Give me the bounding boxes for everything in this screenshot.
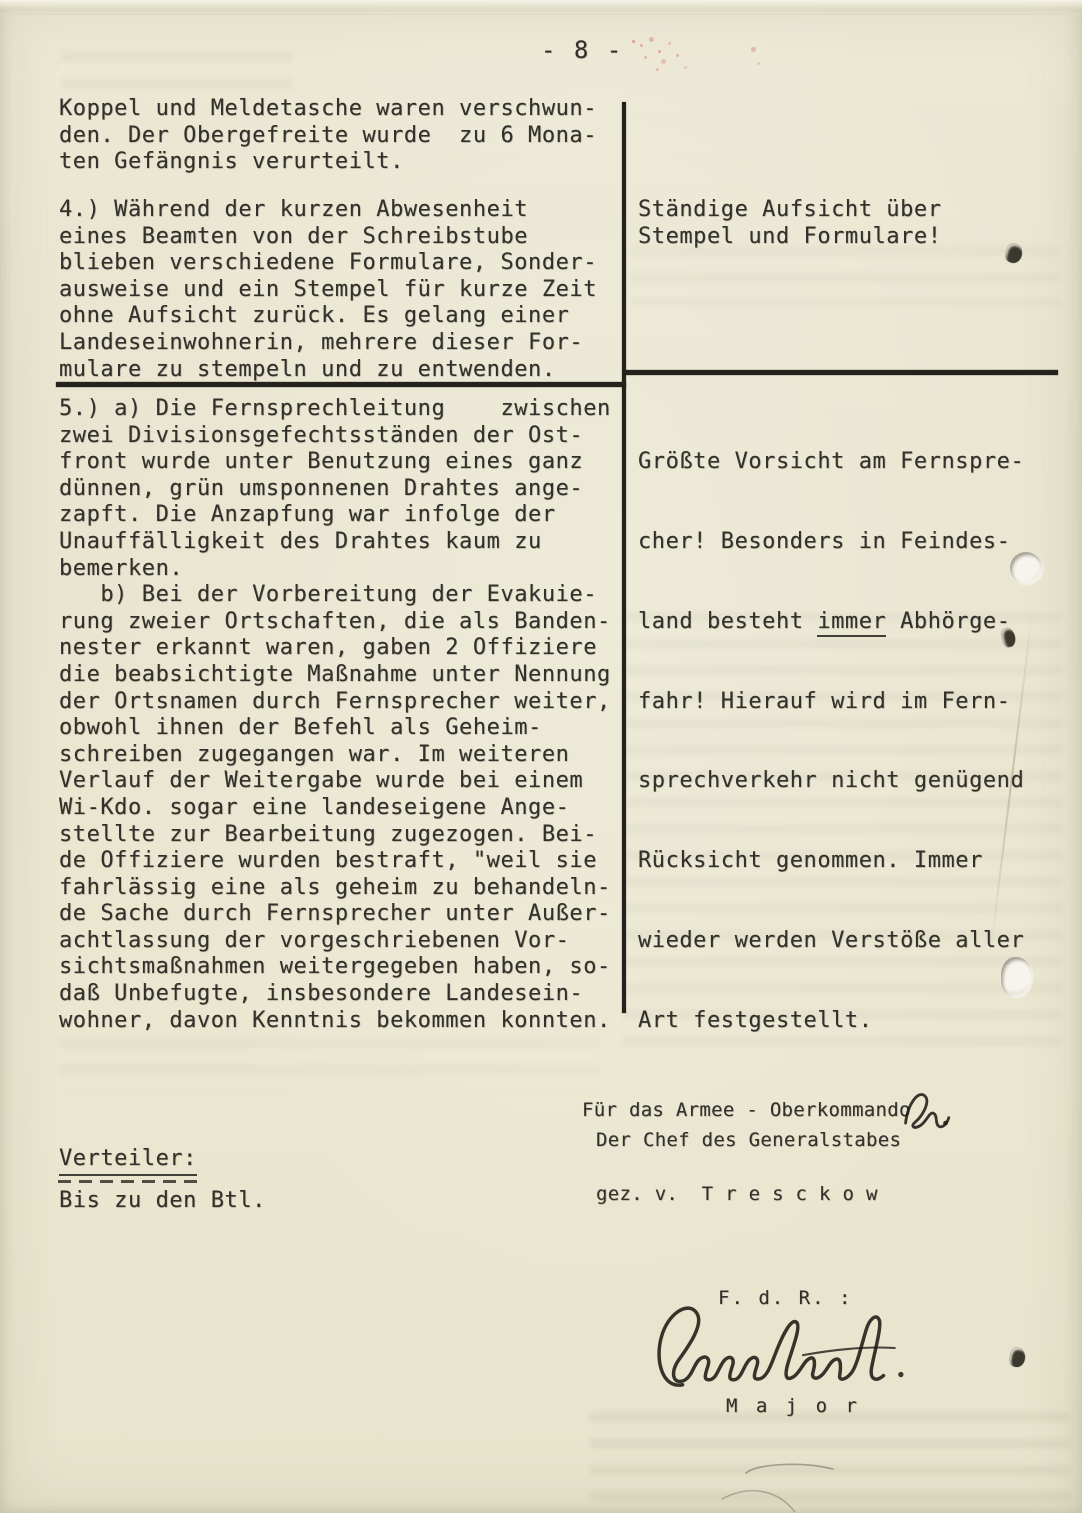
page-number: - 8 - <box>541 37 623 64</box>
pencil-marks <box>700 1450 860 1513</box>
handwritten-paraph-icon <box>898 1086 952 1130</box>
margin-note-line: Rücksicht genommen. Immer <box>638 848 1058 875</box>
distribution-label: Verteiler: <box>59 1146 197 1176</box>
major-rank-label: M a j o r <box>726 1392 860 1421</box>
margin-note-line: Art festgestellt. <box>638 1008 1058 1035</box>
section-divider-right <box>624 370 1058 375</box>
signed-tresckow-line: gez. v. T r e s c k o w <box>596 1180 878 1209</box>
distribution-text: Bis zu den Btl. <box>59 1188 266 1215</box>
chief-of-staff-line: Der Chef des Generalstabes <box>596 1126 901 1155</box>
margin-note-line: sprechverkehr nicht genügend <box>638 768 1058 795</box>
margin-note-text: land besteht <box>638 609 817 634</box>
margin-note-stamps: Ständige Aufsicht über Stempel und Formu… <box>638 197 1058 250</box>
underlined-word: immer <box>817 609 886 637</box>
margin-note-line: cher! Besonders in Feindes- <box>638 529 1058 556</box>
margin-note-line: land besteht immer Abhörge- <box>638 609 1058 636</box>
army-command-line: Für das Armee - Oberkommando <box>582 1096 911 1125</box>
margin-note-telephone: Größte Vorsicht am Fernspre- cher! Beson… <box>638 396 1058 1061</box>
punch-hole <box>1010 552 1042 584</box>
red-stamp-remnant <box>632 40 635 43</box>
margin-note-line: Größte Vorsicht am Fernspre- <box>638 449 1058 476</box>
margin-note-line: wieder werden Verstöße aller <box>638 928 1058 955</box>
margin-note-line: fahr! Hierauf wird im Fern- <box>638 689 1058 716</box>
paragraph-continuation: Koppel und Meldetasche waren verschwun- … <box>59 96 624 176</box>
handwritten-signature-icon <box>652 1297 907 1395</box>
paper-top-edge <box>0 0 1082 15</box>
distribution-underline-dashes <box>58 1180 204 1183</box>
margin-note-text: Abhörge- <box>886 609 1010 634</box>
paragraph-item-5: 5.) a) Die Fernsprechleitung zwischen zw… <box>59 396 624 1034</box>
paragraph-item-4: 4.) Während der kurzen Abwesenheit eines… <box>59 197 624 383</box>
